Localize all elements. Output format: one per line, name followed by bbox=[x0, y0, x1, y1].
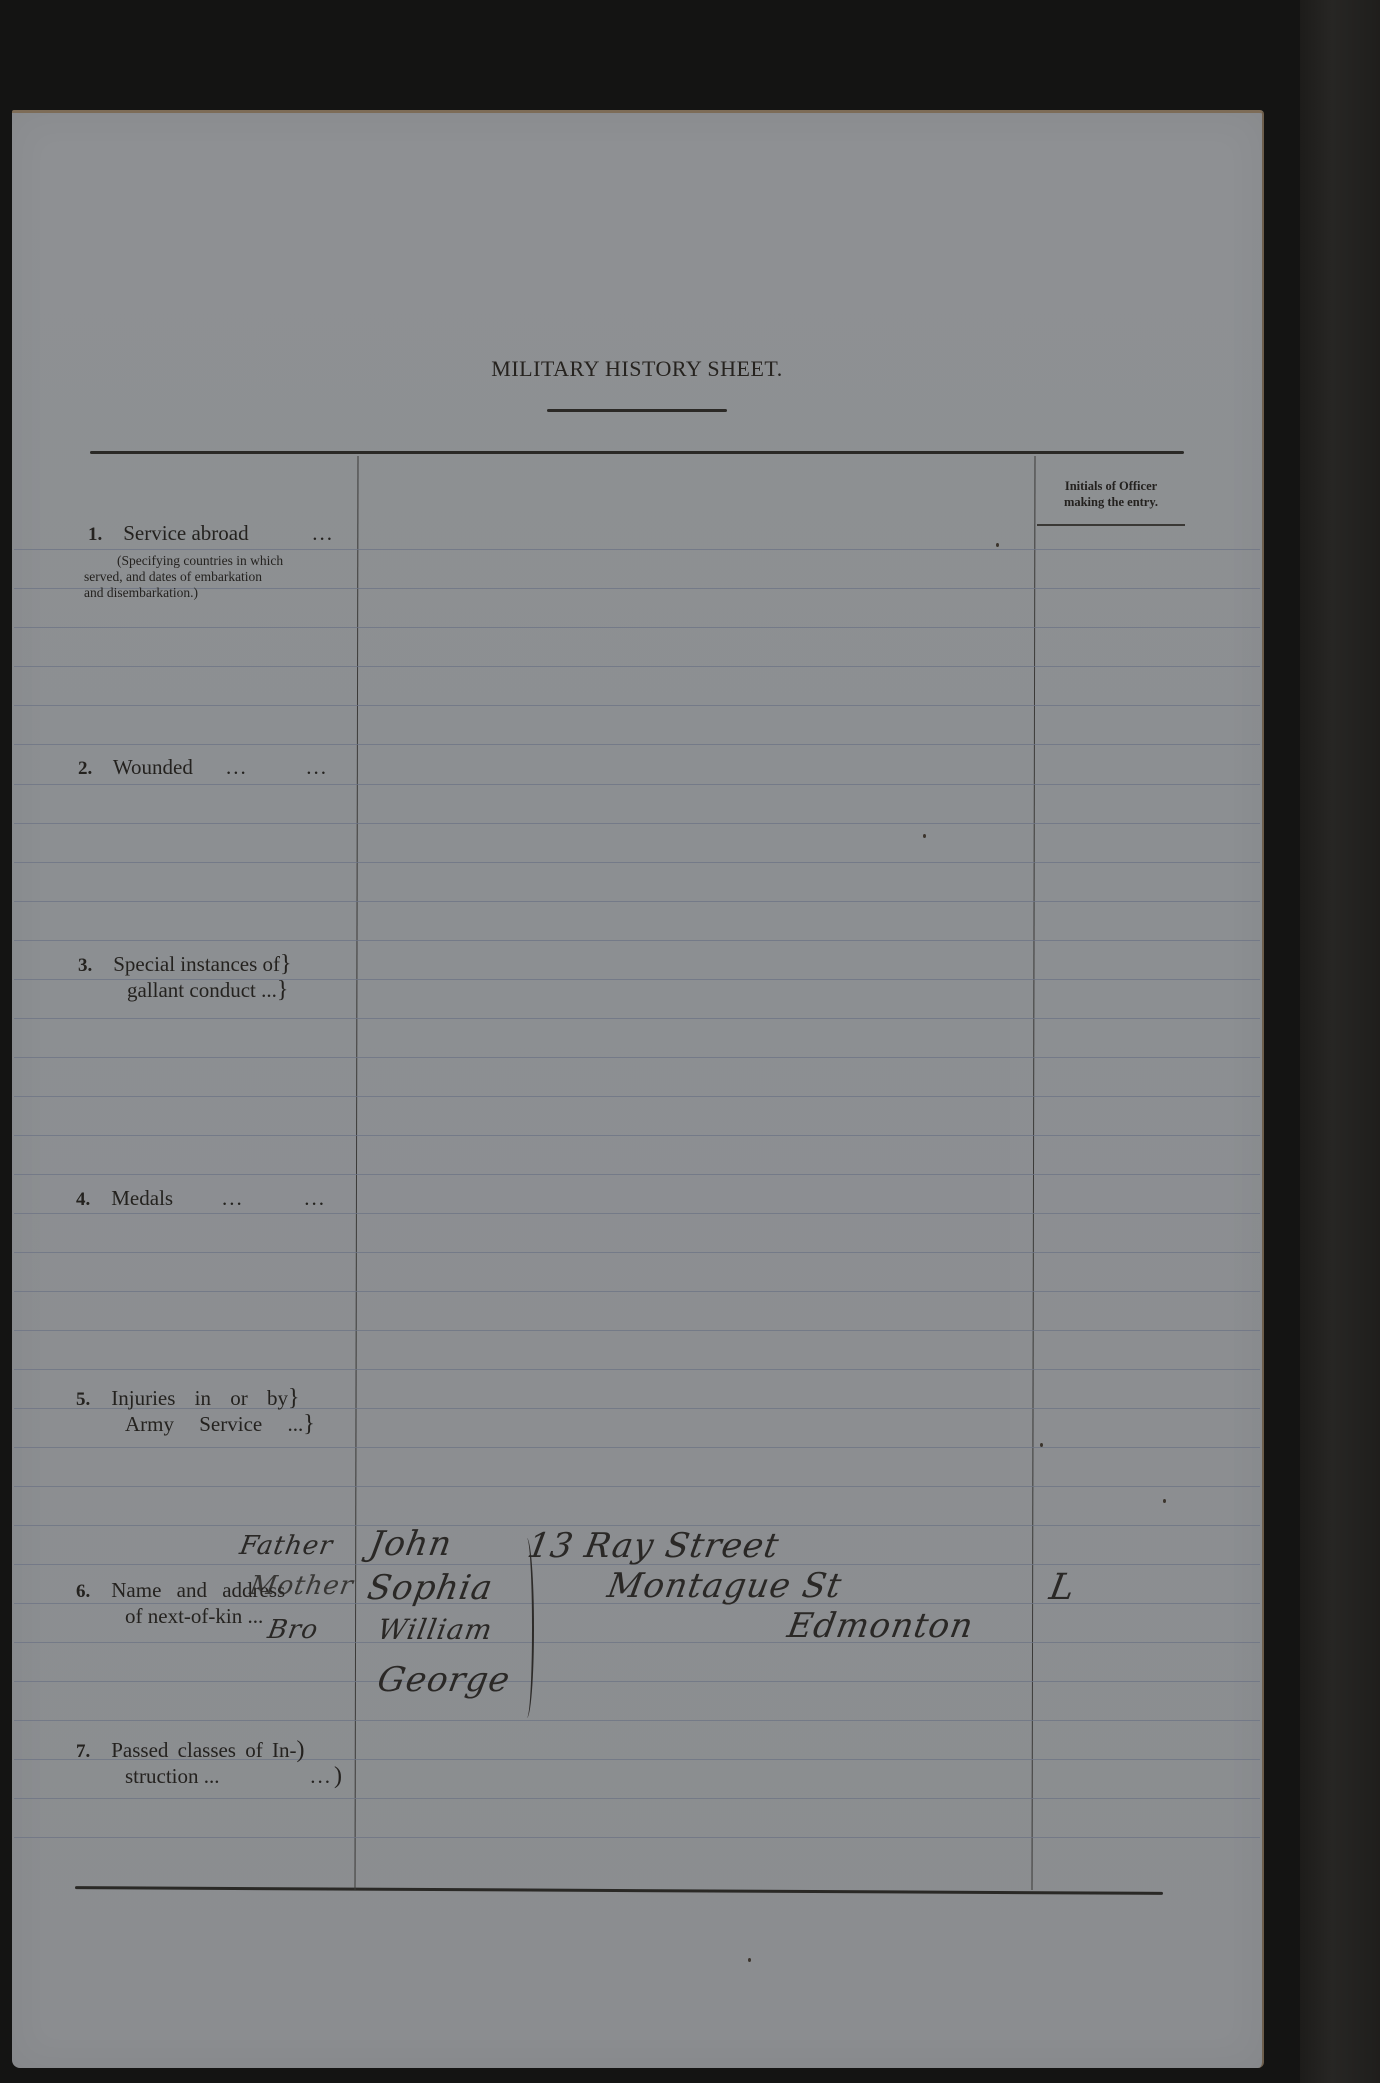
row-instruction-classes: 7. Passed classes of In-) struction ... … bbox=[76, 1738, 346, 1789]
paper-speck bbox=[1163, 1499, 1166, 1503]
row-label: Service abroad bbox=[123, 521, 248, 545]
row-number: 5. bbox=[76, 1387, 106, 1412]
row-medals: 4. Medals ... ... bbox=[76, 1186, 326, 1212]
row-label: Wounded bbox=[113, 755, 193, 779]
handwritten-address-line1: 13 Ray Street bbox=[524, 1526, 782, 1566]
row-number: 1. bbox=[88, 522, 118, 547]
handwritten-address-line2: Montague St bbox=[604, 1566, 845, 1606]
table-top-rule bbox=[90, 451, 1184, 454]
page-title: MILITARY HISTORY SHEET. bbox=[0, 356, 1274, 382]
handwritten-name-william: William bbox=[374, 1610, 495, 1650]
handwritten-name-george: George bbox=[374, 1660, 513, 1700]
row-label-line2: struction ... bbox=[125, 1764, 220, 1788]
binder-spine bbox=[1300, 0, 1380, 2083]
handwritten-address-line3: Edmonton bbox=[784, 1606, 976, 1646]
title-underline bbox=[547, 409, 727, 412]
handwritten-name-john: John bbox=[366, 1524, 455, 1564]
row-label: Medals bbox=[111, 1186, 173, 1210]
row-label-line2: gallant conduct ... bbox=[127, 978, 277, 1002]
row-label-line1: Special instances of bbox=[113, 952, 280, 976]
initials-header-line2: making the entry. bbox=[1038, 494, 1184, 510]
initials-header-rule bbox=[1037, 524, 1185, 526]
row-number: 3. bbox=[78, 953, 108, 978]
initials-column-header: Initials of Officer making the entry. bbox=[1038, 478, 1184, 510]
row-wounded: 2. Wounded ... ... bbox=[78, 755, 328, 781]
handwritten-relation-mother: Mother bbox=[246, 1566, 356, 1606]
row-service-abroad: 1. Service abroad ... bbox=[88, 521, 336, 547]
row-injuries: 5. Injuries in or by} Army Service ...} bbox=[76, 1386, 338, 1437]
row-number: 7. bbox=[76, 1739, 106, 1764]
handwritten-relation-father: Father bbox=[236, 1526, 336, 1566]
paper-speck bbox=[996, 543, 999, 547]
row-number: 2. bbox=[78, 756, 108, 781]
row-number: 4. bbox=[76, 1187, 106, 1212]
row-label-line1: Passed classes of In- bbox=[111, 1738, 296, 1762]
handwritten-relation-brother: Bro bbox=[264, 1610, 321, 1650]
paper-speck bbox=[748, 1958, 751, 1962]
initials-header-line1: Initials of Officer bbox=[1038, 478, 1184, 494]
row-number: 6. bbox=[76, 1579, 106, 1604]
service-abroad-note: (Specifying countries in which served, a… bbox=[84, 553, 332, 601]
paper-speck bbox=[1040, 1443, 1043, 1447]
leader-dots: ... bbox=[312, 521, 334, 546]
row-label-line2: of next-of-kin ... bbox=[125, 1604, 263, 1628]
row-gallant-conduct: 3. Special instances of} gallant conduct… bbox=[78, 952, 340, 1003]
handwritten-name-sophia: Sophia bbox=[364, 1568, 496, 1608]
row-label-line2: Army Service ... bbox=[125, 1412, 303, 1436]
row-label-line1: Injuries in or by bbox=[111, 1386, 288, 1410]
paper-speck bbox=[923, 834, 926, 838]
